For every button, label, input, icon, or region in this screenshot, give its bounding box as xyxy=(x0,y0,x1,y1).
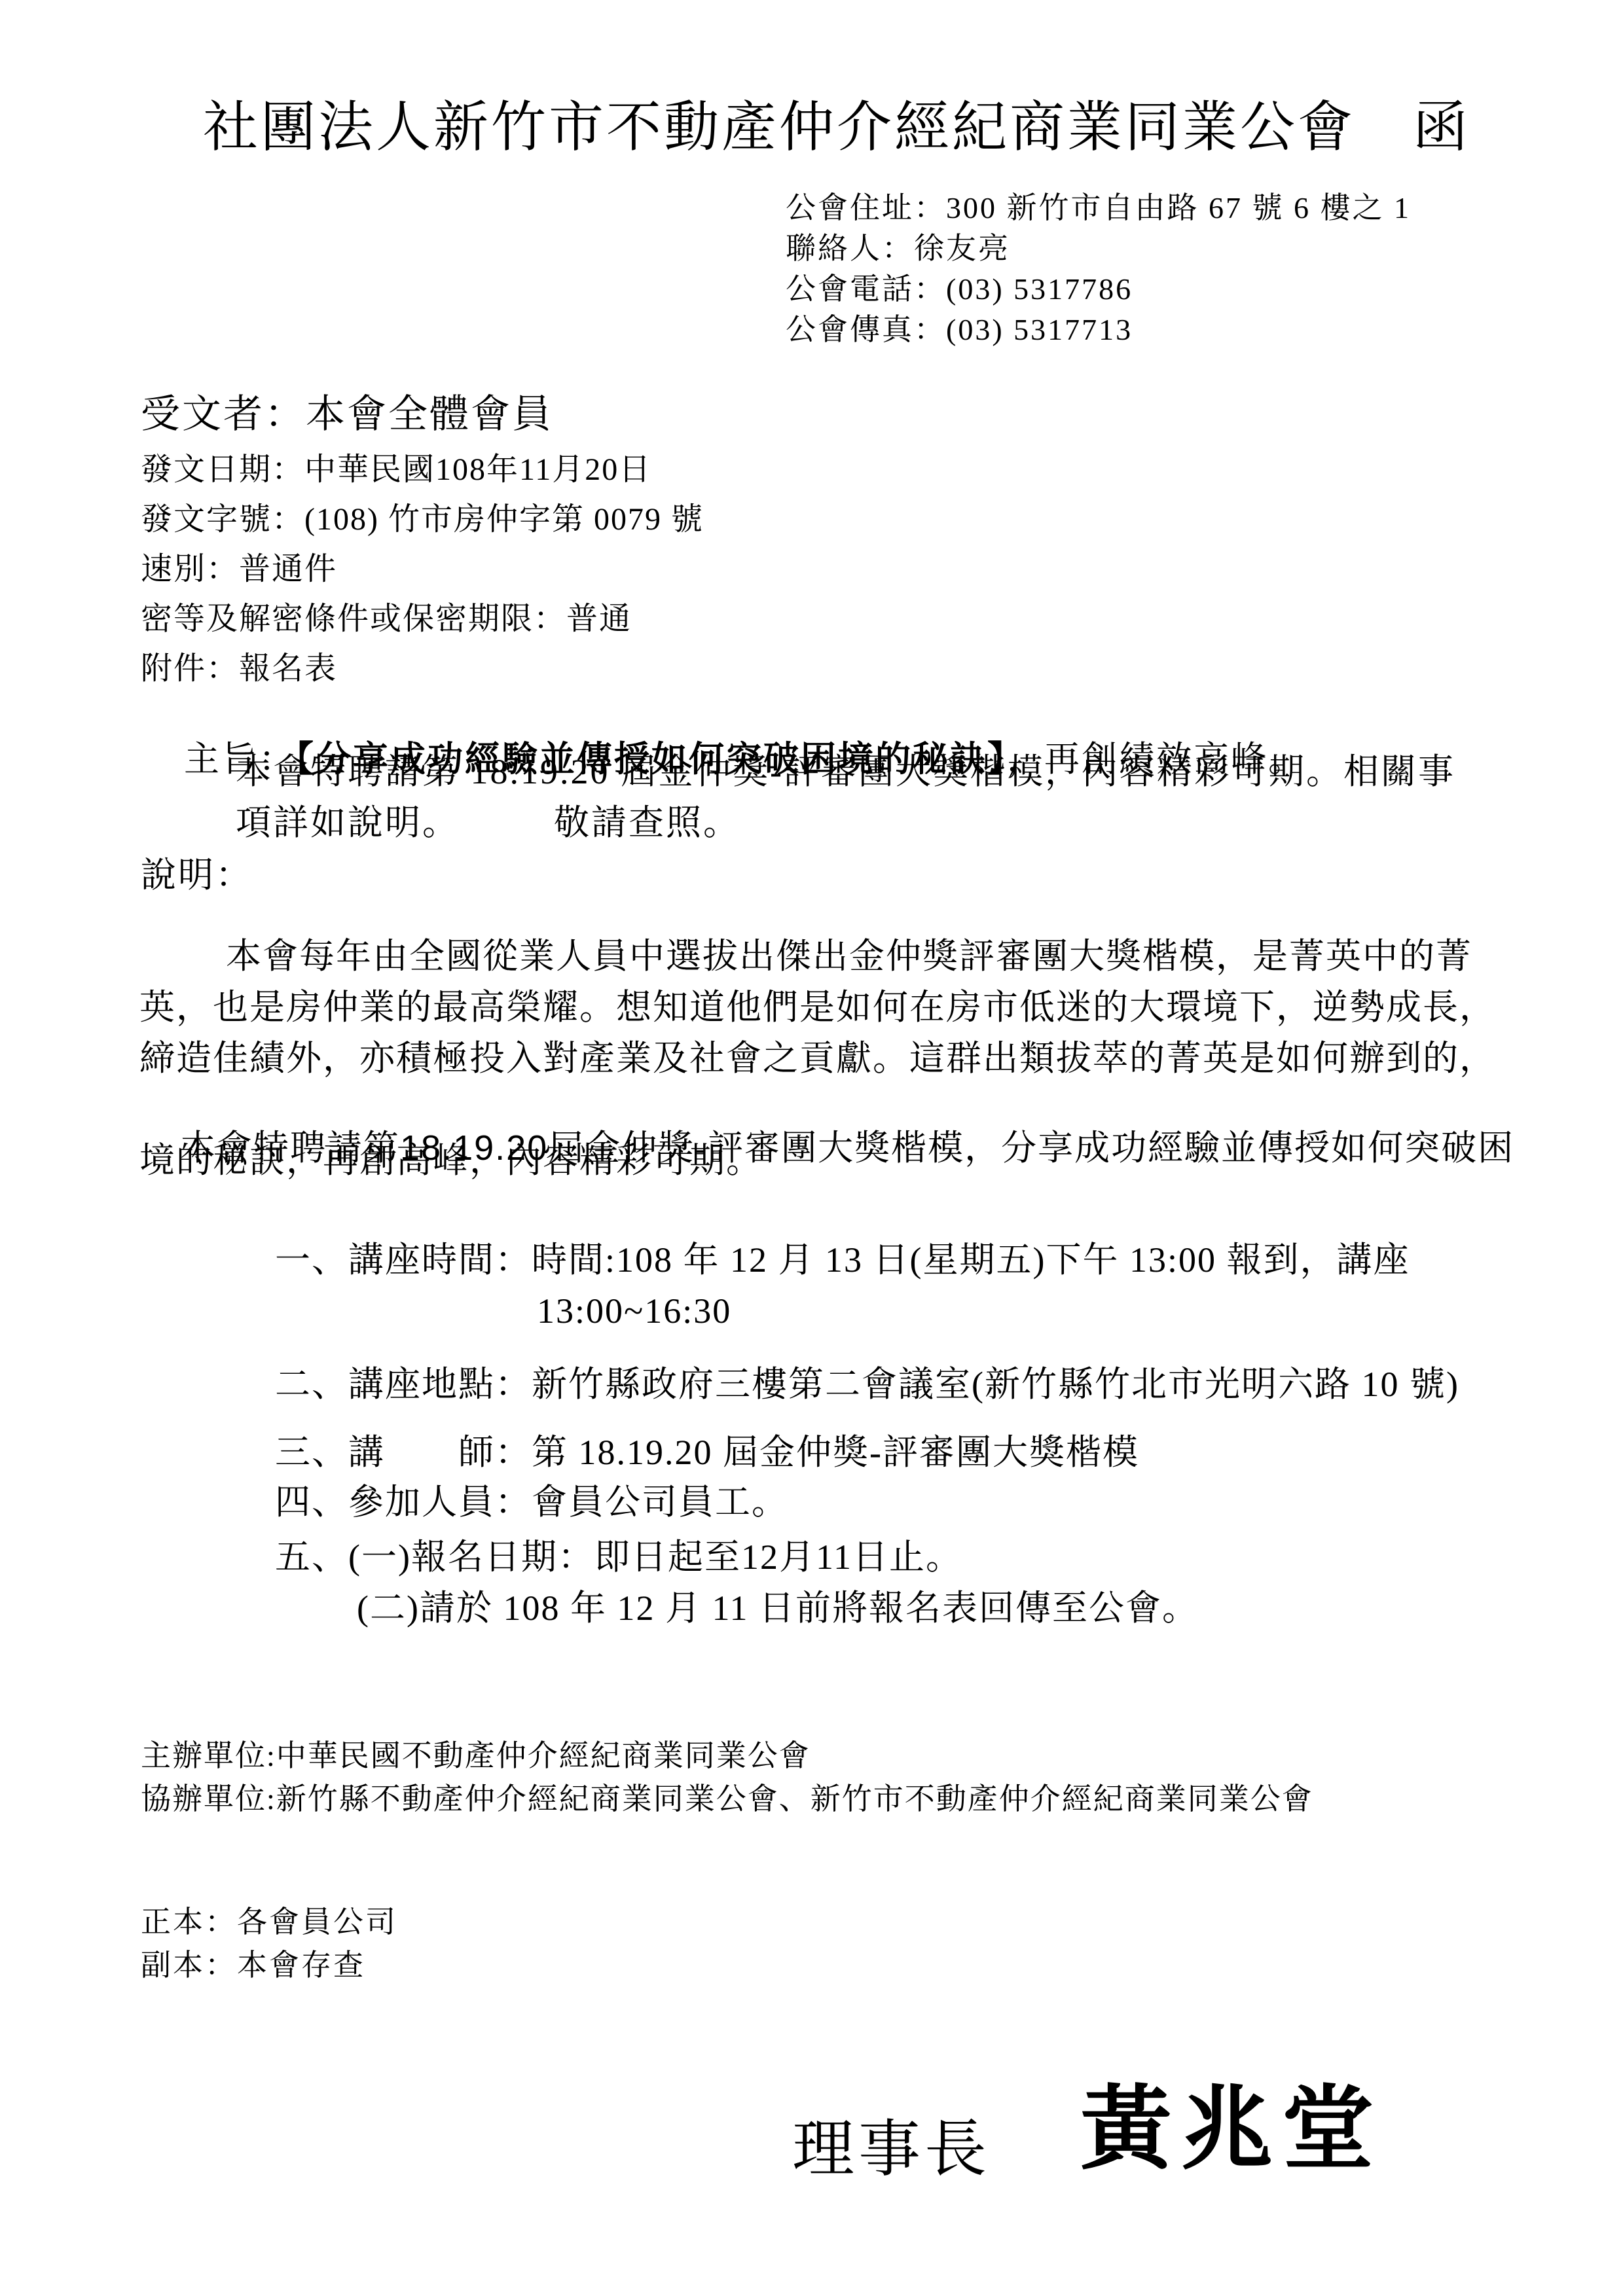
document-title: 社團法人新竹市不動產仲介經紀商業同業公會 函 xyxy=(203,98,1470,158)
list-item-1-line-1: 一、講座時間：時間:108 年 12 月 13 日(星期五)下午 13:00 報… xyxy=(275,1241,1410,1280)
list-item-1-line-2: 13:00~16:30 xyxy=(537,1292,731,1331)
contact-fax: 公會傳真：(03) 5317713 xyxy=(786,314,1133,347)
subject-line-3: 項詳如說明。 敬請查照。 xyxy=(236,804,740,842)
list-item-2: 二、講座地點：新竹縣政府三樓第二會議室(新竹縣竹北市光明六路 10 號) xyxy=(275,1365,1459,1404)
list-item-5-line-2: (二)請於 108 年 12 月 11 日前將報名表回傳至公會。 xyxy=(357,1589,1199,1628)
original-copy-line: 正本：各會員公司 xyxy=(141,1906,397,1939)
issue-date-line: 發文日期：中華民國108年11月20日 xyxy=(141,453,651,488)
security-class-line: 密等及解密條件或保密期限：普通 xyxy=(141,602,632,637)
chairman-title: 理事長 xyxy=(792,2115,991,2184)
list-item-5-line-1: 五、(一)報名日期：即日起至12月11日止。 xyxy=(275,1538,962,1577)
list-item-4: 四、參加人員：會員公司員工。 xyxy=(275,1483,788,1522)
contact-phone: 公會電話：(03) 5317786 xyxy=(786,273,1133,306)
official-letter-page: 社團法人新竹市不動產仲介經紀商業同業公會 函 公會住址：300 新竹市自由路 6… xyxy=(0,0,1623,2296)
explanation-label: 說明： xyxy=(141,856,253,895)
attachment-line: 附件：報名表 xyxy=(141,652,337,687)
duplicate-copy-line: 副本：本會存查 xyxy=(141,1949,365,1982)
chairman-name: 黃兆堂 xyxy=(1080,2080,1383,2181)
subject-line-2: 本會特聘請第 18.19.20 屆金仲獎-評審團大獎楷模，內容精彩可期。相關事 xyxy=(236,753,1455,791)
paragraph-line-3: 締造佳績外，亦積極投入對產業及社會之貢獻。這群出類拔萃的菁英是如何辦到的， xyxy=(139,1039,1496,1078)
paragraph-line-5: 境的秘訣，再創高峰，內容精彩可期。 xyxy=(139,1141,763,1180)
recipient-line: 受文者：本會全體會員 xyxy=(141,393,553,436)
list-item-3: 三、講 師：第 18.19.20 屆金仲獎-評審團大獎楷模 xyxy=(275,1433,1139,1472)
co-organizer-line: 協辦單位:新竹縣不動產仲介經紀商業同業公會、新竹市不動產仲介經紀商業同業公會 xyxy=(141,1783,1313,1816)
speed-class-line: 速別：普通件 xyxy=(141,552,337,587)
doc-number-line: 發文字號：(108) 竹市房仲字第 0079 號 xyxy=(141,503,704,537)
contact-person: 聯絡人：徐友亮 xyxy=(786,232,1010,266)
contact-address: 公會住址：300 新竹市自由路 67 號 6 樓之 1 xyxy=(786,192,1411,225)
paragraph-line-2: 英，也是房仲業的最高榮耀。想知道他們是如何在房市低迷的大環境下，逆勢成長， xyxy=(139,988,1496,1027)
paragraph-line-1: 本會每年由全國從業人員中選拔出傑出金仲獎評審團大獎楷模，是菁英中的菁 xyxy=(226,937,1472,976)
host-organizer-line: 主辦單位:中華民國不動產仲介經紀商業同業公會 xyxy=(141,1740,811,1773)
